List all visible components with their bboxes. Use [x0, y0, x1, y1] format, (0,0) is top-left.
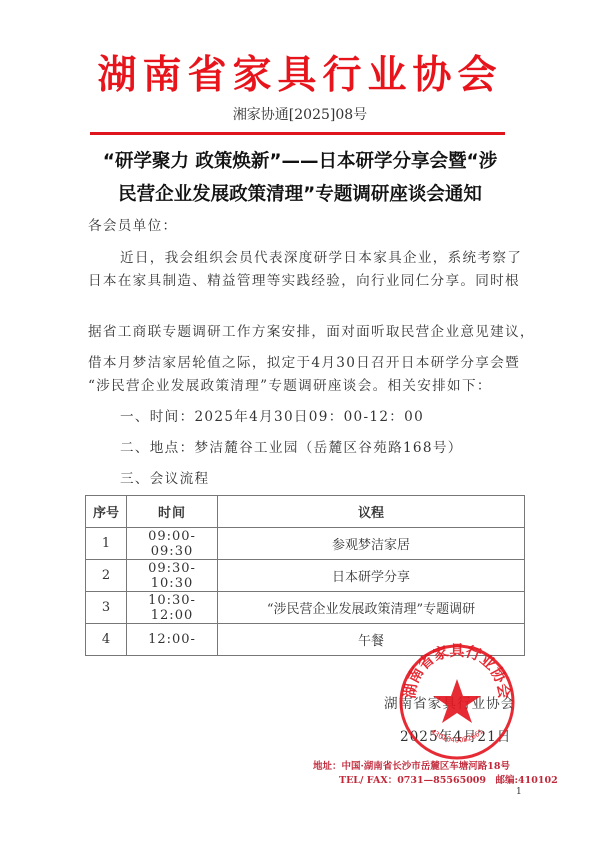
headline-line-1: “研学聚力 政策焕新”——日本研学分享会暨“涉: [60, 150, 540, 174]
official-seal-stamp-icon: 湖南省家具行业协会 4301040082661: [398, 643, 516, 761]
row-agenda: 参观梦洁家居: [218, 528, 525, 560]
paragraph-line: “涉民营企业发展政策清理”专题调研座谈会。相关安排如下：: [88, 377, 492, 395]
row-agenda: “涉民营企业发展政策清理”专题调研: [218, 592, 525, 624]
row-agenda: 日本研学分享: [218, 560, 525, 592]
row-index: 1: [86, 528, 127, 560]
item-location: 二、地点：梦洁麓谷工业园（岳麓区谷苑路168号）: [120, 439, 463, 457]
headline-line-2: 民营企业发展政策清理”专题调研座谈会通知: [60, 183, 540, 207]
table-header-row: 序号 时间 议程: [86, 496, 525, 528]
svg-text:4301040082661: 4301040082661: [429, 728, 485, 745]
paragraph-line: 日本在家具制造、精益管理等实践经验，向行业同仁分享。同时根: [88, 272, 520, 290]
paragraph-line: 据省工商联专题调研工作方案安排，面对面听取民营企业意见建议，: [88, 323, 535, 341]
header-time: 时间: [127, 496, 218, 528]
item-agenda-heading: 三、会议流程: [120, 470, 209, 488]
row-index: 3: [86, 592, 127, 624]
paragraph-line: 借本月梦洁家居轮值之际，拟定于4月30日召开日本研学分享会暨: [88, 354, 520, 372]
row-time: 09:30-10:30: [127, 560, 218, 592]
header-index: 序号: [86, 496, 127, 528]
salutation: 各会员单位：: [88, 217, 177, 235]
letterhead-red-rule: [90, 132, 505, 135]
seal-serial: 4301040082661: [429, 728, 485, 745]
header-agenda: 议程: [218, 496, 525, 528]
page-number: 1: [516, 787, 522, 797]
footer-contact: TEL/ FAX：0731—85565009 邮编:410102: [339, 772, 558, 786]
paragraph-line: 近日，我会组织会员代表深度研学日本家具企业，系统考察了: [120, 249, 522, 267]
table-row: 3 10:30-12:00 “涉民营企业发展政策清理”专题调研: [86, 592, 525, 624]
row-index: 4: [86, 624, 127, 656]
organization-letterhead-title: 湖南省家具行业协会: [0, 52, 600, 100]
table-row: 2 09:30-10:30 日本研学分享: [86, 560, 525, 592]
row-time: 12:00-: [127, 624, 218, 656]
row-time: 10:30-12:00: [127, 592, 218, 624]
table-row: 1 09:00-09:30 参观梦洁家居: [86, 528, 525, 560]
document-number: 湘家协通[2025]08号: [0, 106, 600, 124]
row-index: 2: [86, 560, 127, 592]
item-time: 一、时间：2025年4月30日09：00-12：00: [120, 408, 424, 426]
row-time: 09:00-09:30: [127, 528, 218, 560]
footer-address: 地址：中国·湖南省长沙市岳麓区车塘河路18号: [313, 758, 510, 772]
agenda-table: 序号 时间 议程 1 09:00-09:30 参观梦洁家居 2 09:30-10…: [85, 495, 525, 656]
